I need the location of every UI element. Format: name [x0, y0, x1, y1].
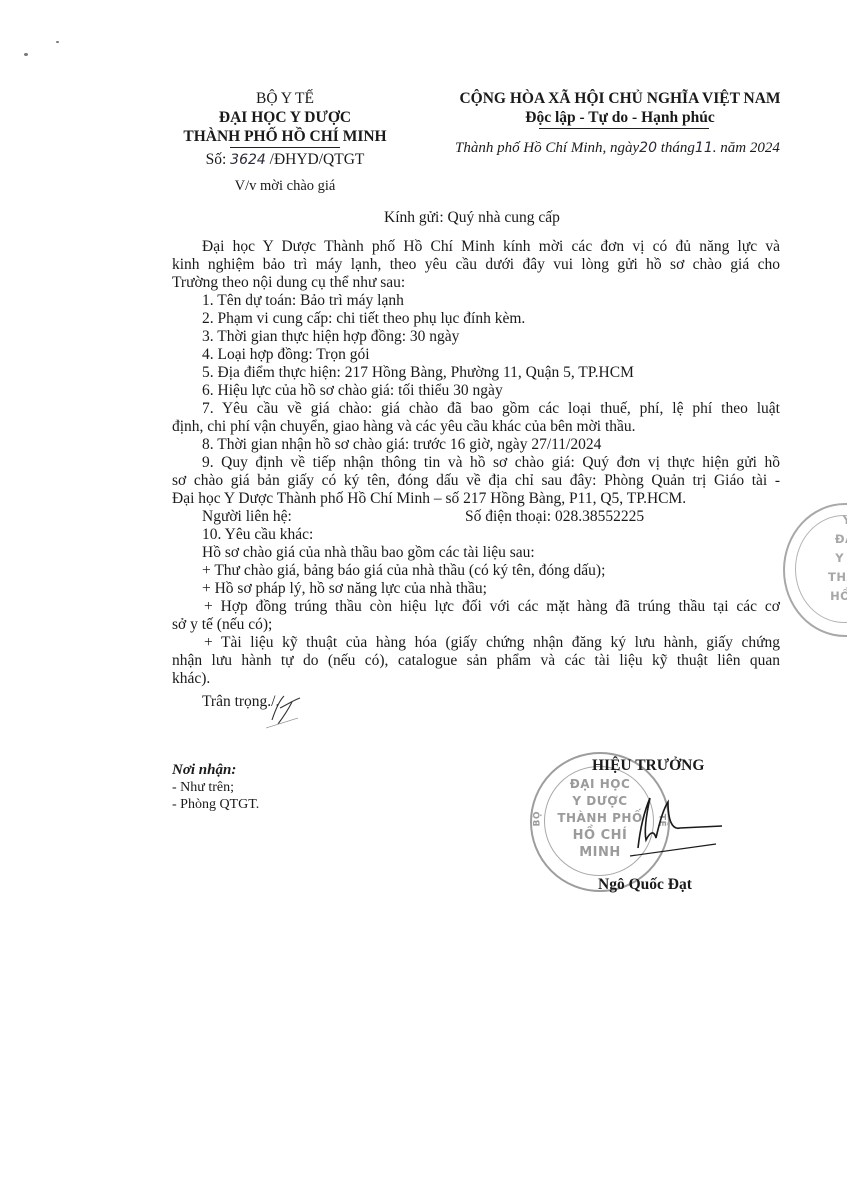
- recipient-item: - Như trên;: [172, 779, 259, 796]
- signer-title: HIỆU TRƯỞNG: [592, 757, 704, 775]
- scan-speck: [24, 53, 28, 56]
- doc-item-continued: sở y tế (nếu có);: [172, 616, 780, 634]
- ministry-name: BỘ Y TẾ: [175, 89, 395, 108]
- list-item-continued: định, chi phí vận chuyển, giao hàng và c…: [172, 418, 780, 436]
- intro-line: kinh nghiệm bảo trì máy lạnh, theo yêu c…: [172, 256, 780, 274]
- handwritten-day: 20: [639, 140, 657, 156]
- recipient-item: - Phòng QTGT.: [172, 796, 259, 813]
- handwritten-number: 3624: [230, 152, 266, 168]
- list-item: 4. Loại hợp đồng: Trọn gói: [172, 346, 780, 364]
- list-item: 10. Yêu cầu khác:: [172, 526, 780, 544]
- initials-scribble-icon: [258, 690, 318, 730]
- org-name-line2: THÀNH PHỐ HỒ CHÍ MINH: [175, 127, 395, 146]
- nation-title: CỘNG HÒA XÃ HỘI CHỦ NGHĨA VIỆT NAM: [440, 89, 800, 108]
- contact-phone: Số điện thoại: 028.38552225: [465, 508, 644, 526]
- doc-number: Số: 3624 /ĐHYD/QTGT: [175, 150, 395, 170]
- motto: Độc lập - Tự do - Hạnh phúc: [440, 108, 800, 127]
- nation-block: CỘNG HÒA XÃ HỘI CHỦ NGHĨA VIỆT NAM Độc l…: [440, 89, 800, 129]
- docs-intro: Hồ sơ chào giá của nhà thầu bao gồm các …: [172, 544, 780, 562]
- doc-item: + Thư chào giá, bảng báo giá của nhà thầ…: [172, 562, 780, 580]
- doc-item: + Hợp đồng trúng thầu còn hiệu lực đối v…: [172, 598, 780, 616]
- list-item: 9. Quy định về tiếp nhận thông tin và hồ…: [172, 454, 780, 472]
- recipients-title: Nơi nhận:: [172, 762, 259, 779]
- doc-item-continued: nhận lưu hành tự do (nếu có), catalogue …: [172, 652, 780, 670]
- recipients-block: Nơi nhận: - Như trên; - Phòng QTGT.: [172, 762, 259, 813]
- doc-item: + Tài liệu kỹ thuật của hàng hóa (giấy c…: [172, 634, 780, 652]
- signer-name: Ngô Quốc Đạt: [598, 876, 692, 894]
- page-edge-stamp: Y ĐẠI Y D THÀN HỒ C: [783, 503, 847, 637]
- scan-speck: [56, 41, 59, 43]
- list-item-continued: Đại học Y Dược Thành phố Hồ Chí Minh – s…: [172, 490, 780, 508]
- salutation: Kính gửi: Quý nhà cung cấp: [384, 209, 560, 227]
- list-item: 6. Hiệu lực của hồ sơ chào giá: tối thiể…: [172, 382, 780, 400]
- intro-line: Đại học Y Dược Thành phố Hồ Chí Minh kín…: [172, 238, 780, 256]
- motto-underline: [539, 128, 709, 129]
- list-item: 5. Địa điểm thực hiện: 217 Hồng Bàng, Ph…: [172, 364, 780, 382]
- list-item-continued: sơ chào giá bản giấy có ký tên, đóng dấu…: [172, 472, 780, 490]
- list-item: 8. Thời gian nhận hồ sơ chào giá: trước …: [172, 436, 780, 454]
- handwritten-month: 11: [695, 140, 713, 156]
- signature-icon: [620, 790, 730, 860]
- date-line: Thành phố Hồ Chí Minh, ngày20 tháng11. n…: [455, 140, 780, 157]
- list-item: 2. Phạm vi cung cấp: chi tiết theo phụ l…: [172, 310, 780, 328]
- doc-item-continued: khác).: [172, 670, 780, 688]
- header-underline: [230, 147, 340, 148]
- list-item: 3. Thời gian thực hiện hợp đồng: 30 ngày: [172, 328, 780, 346]
- doc-item: + Hồ sơ pháp lý, hồ sơ năng lực của nhà …: [172, 580, 780, 598]
- list-item: 7. Yêu cầu về giá chào: giá chào đã bao …: [172, 400, 780, 418]
- issuer-block: BỘ Y TẾ ĐẠI HỌC Y DƯỢC THÀNH PHỐ HỒ CHÍ …: [175, 89, 395, 196]
- subject-line: V/v mời chào giá: [175, 177, 395, 196]
- list-item: 1. Tên dự toán: Bảo trì máy lạnh: [172, 292, 780, 310]
- org-name-line1: ĐẠI HỌC Y DƯỢC: [175, 108, 395, 127]
- intro-line: Trường theo nội dung cụ thể như sau:: [172, 274, 780, 292]
